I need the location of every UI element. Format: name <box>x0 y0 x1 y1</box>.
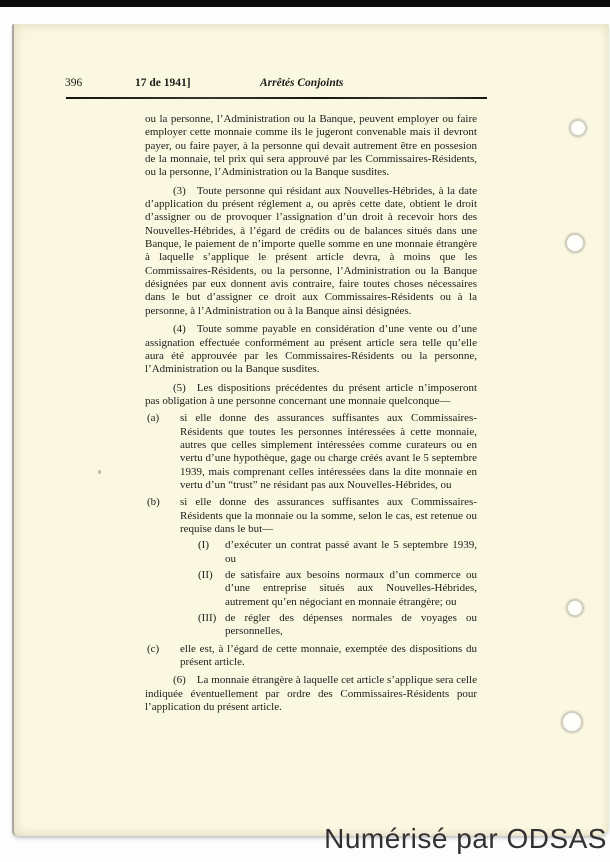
list-item-label: (II) <box>198 569 225 609</box>
list-item-text: de régler des dépenses normales de voyag… <box>225 612 477 639</box>
list-item-label: (a) <box>145 412 180 492</box>
sub-list-item: (I)d’exécuter un contrat passé avant le … <box>198 536 477 566</box>
paragraph-number: (5) <box>173 382 186 394</box>
paragraph-number: (4) <box>173 323 186 335</box>
running-title: Arrêtés Conjoints <box>260 77 343 89</box>
punch-hole <box>561 711 583 733</box>
list-item-text: elle est, à l’égard de cette monnaie, ex… <box>180 643 477 670</box>
list-item-label: (c) <box>145 643 180 670</box>
numbered-paragraph: (6)La monnaie étrangère à laquelle cet a… <box>145 669 477 714</box>
list-item-text: si elle donne des assurances suffisantes… <box>180 412 477 492</box>
list-item-label: (b) <box>145 496 180 536</box>
edition-reference: 17 de 1941] <box>135 77 191 89</box>
punch-hole <box>565 233 585 253</box>
list-item-label: (III) <box>198 612 225 639</box>
list-item-text: d’exécuter un contrat passé avant le 5 s… <box>225 539 477 566</box>
numbered-paragraph: (3)Toute personne qui résidant aux Nouve… <box>145 180 477 318</box>
paragraph-text: Les dispositions précédentes du présent … <box>145 382 477 407</box>
paragraph-text: ou la personne, l’Administration ou la B… <box>145 113 477 178</box>
paragraph-text: La monnaie étrangère à laquelle cet arti… <box>145 674 477 713</box>
paragraph: ou la personne, l’Administration ou la B… <box>145 113 477 180</box>
list-item: (a)si elle donne des assurances suffisan… <box>145 408 477 492</box>
scanned-page-background: 396 17 de 1941] Arrêtés Conjoints ou la … <box>0 0 610 862</box>
paragraph-text: Toute personne qui résidant aux Nouvelle… <box>145 185 477 317</box>
watermark-text: Numérisé par ODSAS <box>324 823 607 855</box>
punch-hole <box>569 119 587 137</box>
sub-list-item: (III)de régler des dépenses normales de … <box>198 609 477 639</box>
list-item: (c)elle est, à l’égard de cette monnaie,… <box>145 639 477 670</box>
header-rule <box>66 97 487 99</box>
paragraph-number: (3) <box>173 185 186 197</box>
page-header: 396 17 de 1941] Arrêtés Conjoints <box>0 77 610 93</box>
list-item-label: (I) <box>198 539 225 566</box>
numbered-paragraph: (5)Les dispositions précédentes du prése… <box>145 377 477 409</box>
page-number: 396 <box>65 77 82 89</box>
list-item-text: si elle donne des assurances suffisantes… <box>180 496 477 536</box>
list-item-text: de satisfaire aux besoins normaux d’un c… <box>225 569 477 609</box>
scan-speck <box>98 470 101 474</box>
numbered-paragraph: (4)Toute somme payable en considération … <box>145 318 477 376</box>
paragraph-number: (6) <box>173 674 186 686</box>
punch-hole <box>566 599 584 617</box>
text-column: ou la personne, l’Administration ou la B… <box>145 113 477 714</box>
list-item: (b)si elle donne des assurances suffisan… <box>145 492 477 536</box>
scanner-edge-bar <box>0 0 610 7</box>
paragraph-text: Toute somme payable en considération d’u… <box>145 323 477 375</box>
sub-list-item: (II)de satisfaire aux besoins normaux d’… <box>198 566 477 609</box>
